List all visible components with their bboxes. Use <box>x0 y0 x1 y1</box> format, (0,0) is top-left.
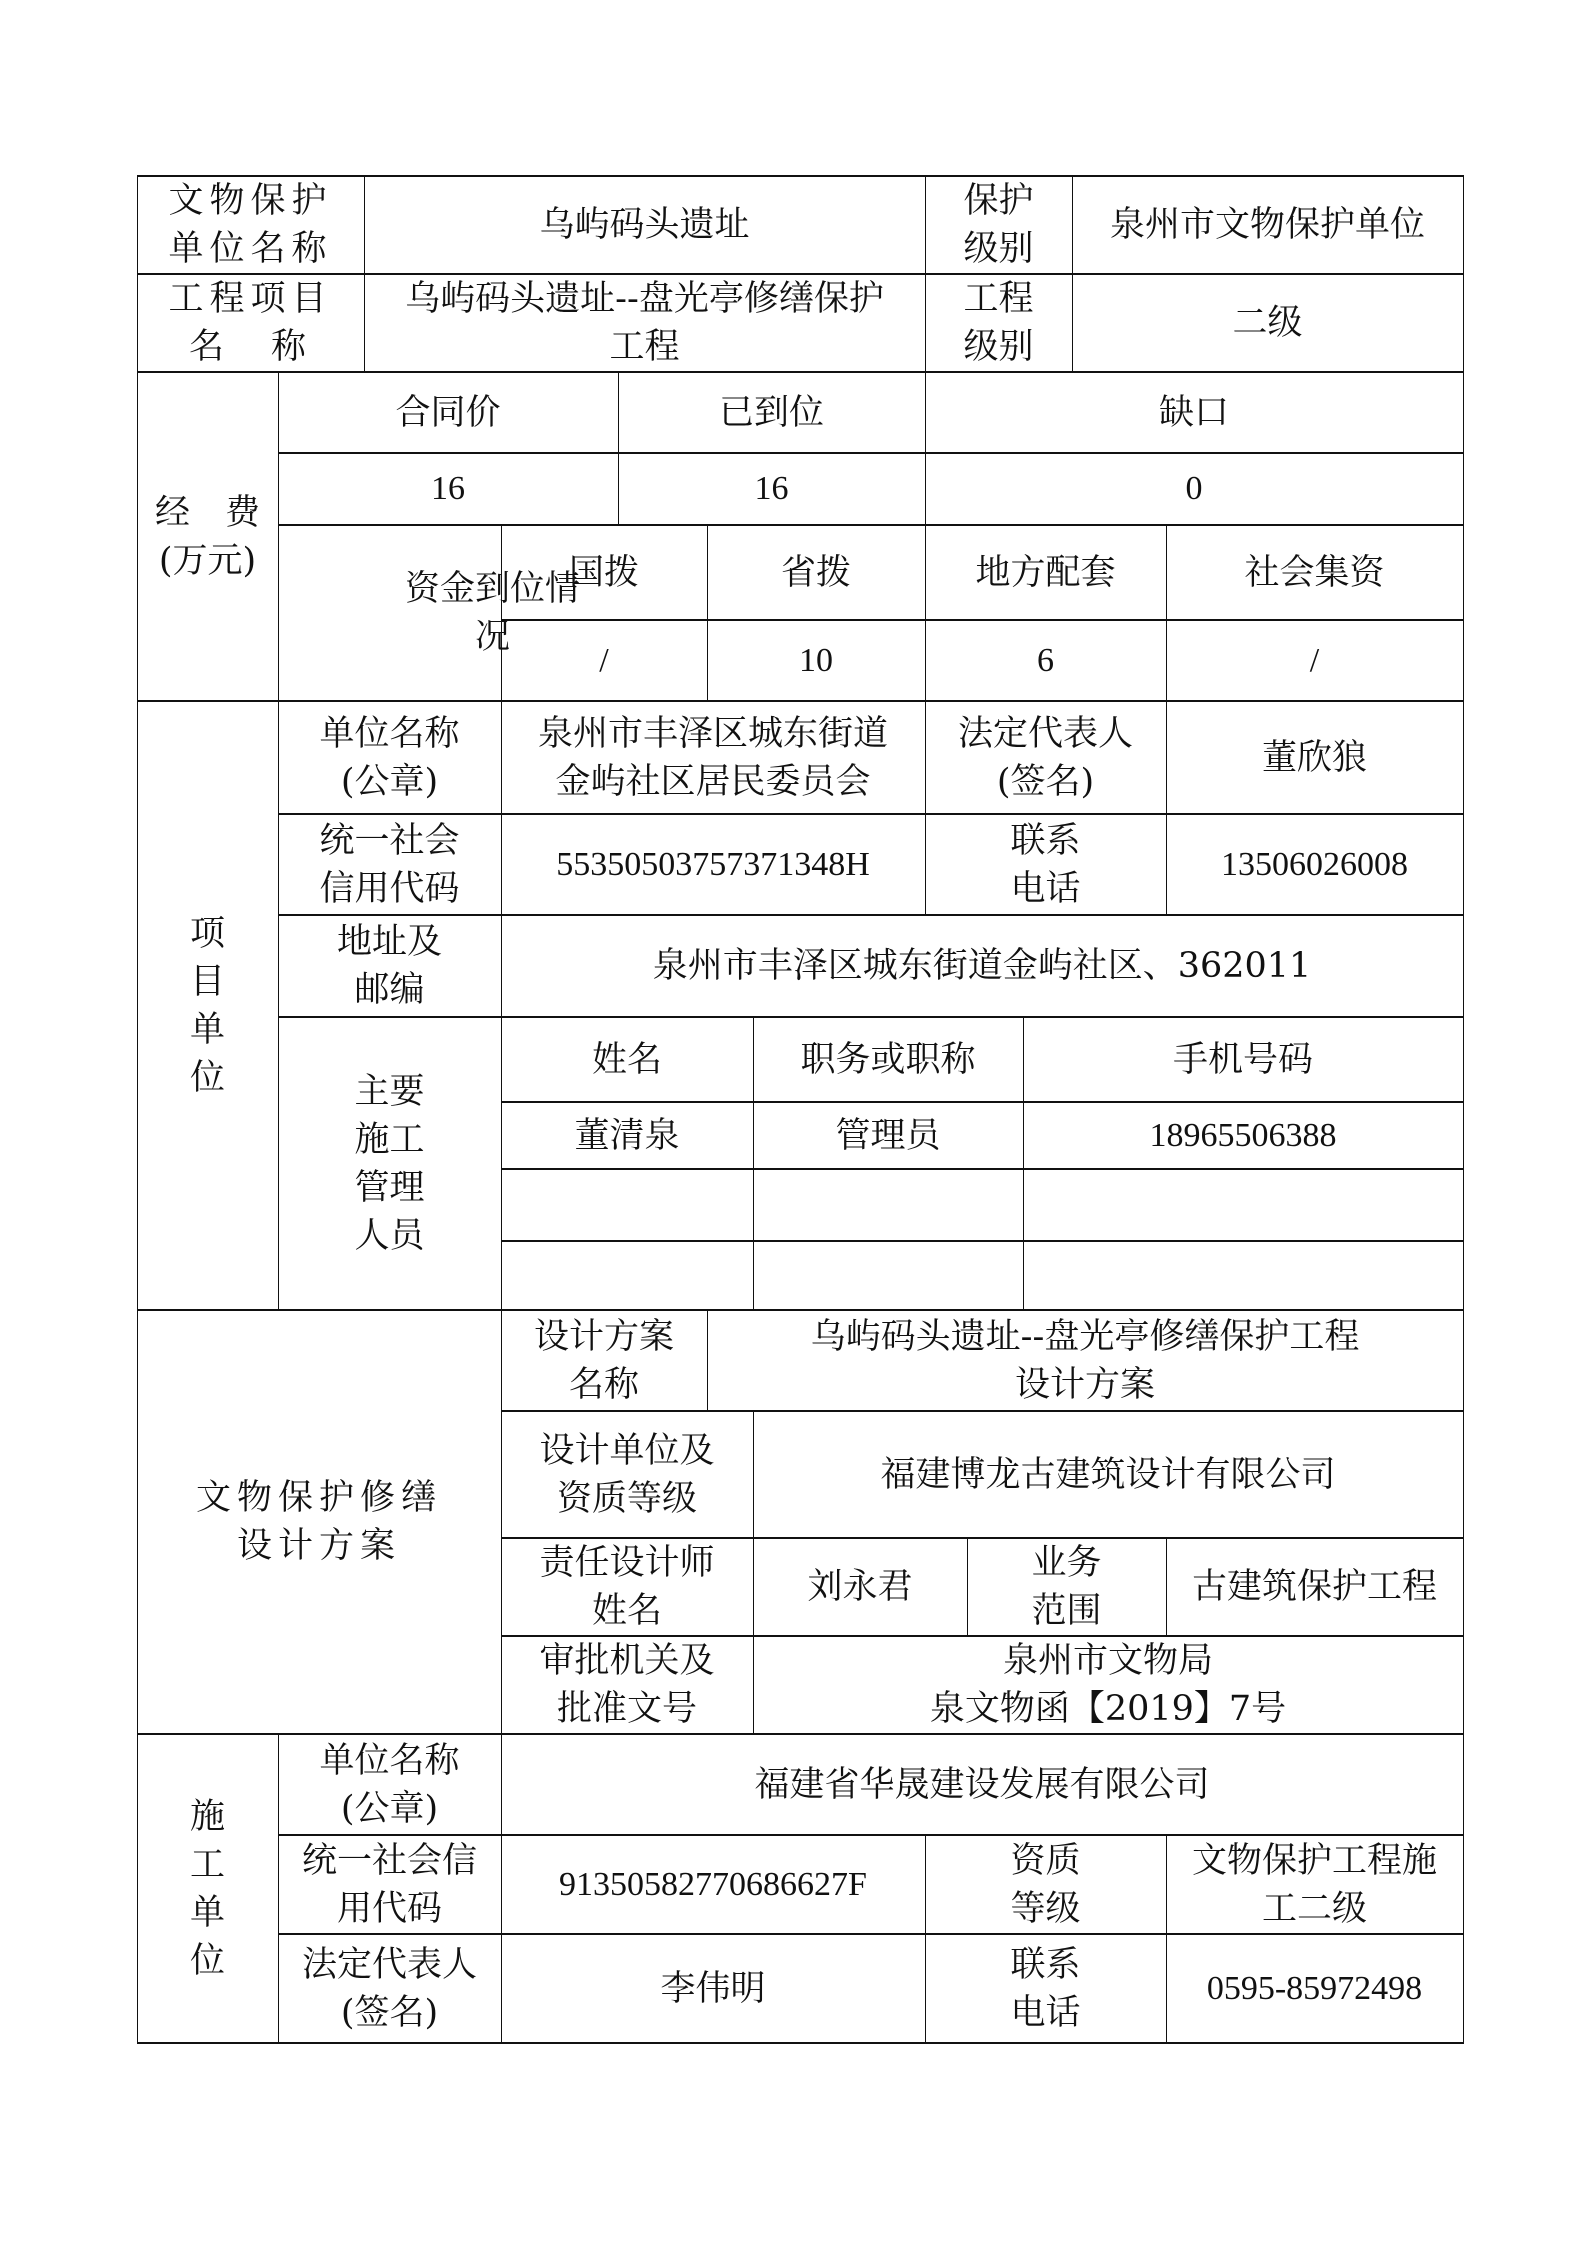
design-label: 文物保护修缮 设计方案 <box>137 1310 501 1734</box>
construction-qualification-value: 文物保护工程施 工二级 <box>1166 1835 1463 1934</box>
design-plan-name-label: 设计方案 名称 <box>501 1310 707 1411</box>
funding-source-header-social: 社会集资 <box>1166 525 1463 620</box>
project-level-label: 工程 级别 <box>925 274 1072 372</box>
construction-legal-rep-value: 李伟明 <box>501 1934 925 2043</box>
manager-mobile <box>1023 1241 1463 1310</box>
project-name-label: 工程项目 名 称 <box>137 274 364 372</box>
design-scope-value: 古建筑保护工程 <box>1166 1538 1463 1636</box>
project-unit-address-label: 地址及 邮编 <box>278 915 501 1017</box>
funding-source-value-national: / <box>501 620 707 701</box>
design-unit-label: 设计单位及 资质等级 <box>501 1411 753 1538</box>
project-level-value: 二级 <box>1072 274 1463 372</box>
funding-label: 经 费 (万元) <box>137 372 278 701</box>
protected-site-value: 乌屿码头遗址 <box>364 176 925 274</box>
project-unit-phone-label: 联系 电话 <box>925 814 1166 915</box>
project-unit-legal-rep-label: 法定代表人 (签名) <box>925 701 1166 814</box>
construction-phone-label: 联系 电话 <box>925 1934 1166 2043</box>
protection-level-value: 泉州市文物保护单位 <box>1072 176 1463 274</box>
funding-source-value-provincial: 10 <box>707 620 925 701</box>
funding-value-gap: 0 <box>925 453 1463 525</box>
project-unit-legal-rep-value: 董欣狼 <box>1166 701 1463 814</box>
manager-mobile <box>1023 1169 1463 1241</box>
construction-credit-code-label: 统一社会信 用代码 <box>278 1835 501 1934</box>
design-scope-label: 业务 范围 <box>967 1538 1166 1636</box>
funding-source-header-local: 地方配套 <box>925 525 1166 620</box>
project-unit-address-value: 泉州市丰泽区城东街道金屿社区、362011 <box>501 915 1463 1017</box>
construction-qualification-label: 资质 等级 <box>925 1835 1166 1934</box>
manager-mobile: 18965506388 <box>1023 1102 1463 1169</box>
manager-name <box>501 1241 753 1310</box>
funding-header-contract: 合同价 <box>278 372 618 453</box>
construction-phone-value: 0595-85972498 <box>1166 1934 1463 2043</box>
managers-header-title: 职务或职称 <box>753 1017 1023 1102</box>
project-unit-managers-label: 主要 施工 管理 人员 <box>278 1017 501 1310</box>
project-unit-label: 项 目 单 位 <box>137 701 278 1310</box>
project-unit-credit-code-value: 55350503757371348H <box>501 814 925 915</box>
funding-source-value-social: / <box>1166 620 1463 701</box>
manager-name: 董清泉 <box>501 1102 753 1169</box>
funding-value-contract: 16 <box>278 453 618 525</box>
funding-source-value-local: 6 <box>925 620 1166 701</box>
funding-source-header-national: 国拨 <box>501 525 707 620</box>
construction-unit-name-label: 单位名称 (公章) <box>278 1734 501 1835</box>
managers-header-mobile: 手机号码 <box>1023 1017 1463 1102</box>
protection-level-label: 保护 级别 <box>925 176 1072 274</box>
managers-header-name: 姓名 <box>501 1017 753 1102</box>
manager-title <box>753 1169 1023 1241</box>
protected-site-label: 文物保护 单位名称 <box>137 176 364 274</box>
funding-source-header-provincial: 省拨 <box>707 525 925 620</box>
project-unit-name-value: 泉州市丰泽区城东街道 金屿社区居民委员会 <box>501 701 925 814</box>
project-unit-name-label: 单位名称 (公章) <box>278 701 501 814</box>
project-unit-credit-code-label: 统一社会 信用代码 <box>278 814 501 915</box>
manager-name <box>501 1169 753 1241</box>
manager-title <box>753 1241 1023 1310</box>
design-approval-value: 泉州市文物局 泉文物函【2019】7号 <box>753 1636 1463 1734</box>
project-unit-phone-value: 13506026008 <box>1166 814 1463 915</box>
design-plan-name-value: 乌屿码头遗址--盘光亭修缮保护工程 设计方案 <box>707 1310 1463 1411</box>
construction-unit-name-value: 福建省华晟建设发展有限公司 <box>501 1734 1463 1835</box>
design-approval-label: 审批机关及 批准文号 <box>501 1636 753 1734</box>
construction-credit-code-value: 91350582770686627F <box>501 1835 925 1934</box>
construction-unit-label: 施 工 单 位 <box>137 1734 278 2043</box>
designer-value: 刘永君 <box>753 1538 967 1636</box>
designer-label: 责任设计师 姓名 <box>501 1538 753 1636</box>
construction-legal-rep-label: 法定代表人 (签名) <box>278 1934 501 2043</box>
funding-value-arrived: 16 <box>618 453 925 525</box>
project-name-value: 乌屿码头遗址--盘光亭修缮保护 工程 <box>364 274 925 372</box>
manager-title: 管理员 <box>753 1102 1023 1169</box>
funding-header-gap: 缺口 <box>925 372 1463 453</box>
funding-header-arrived: 已到位 <box>618 372 925 453</box>
design-unit-value: 福建博龙古建筑设计有限公司 <box>753 1411 1463 1538</box>
